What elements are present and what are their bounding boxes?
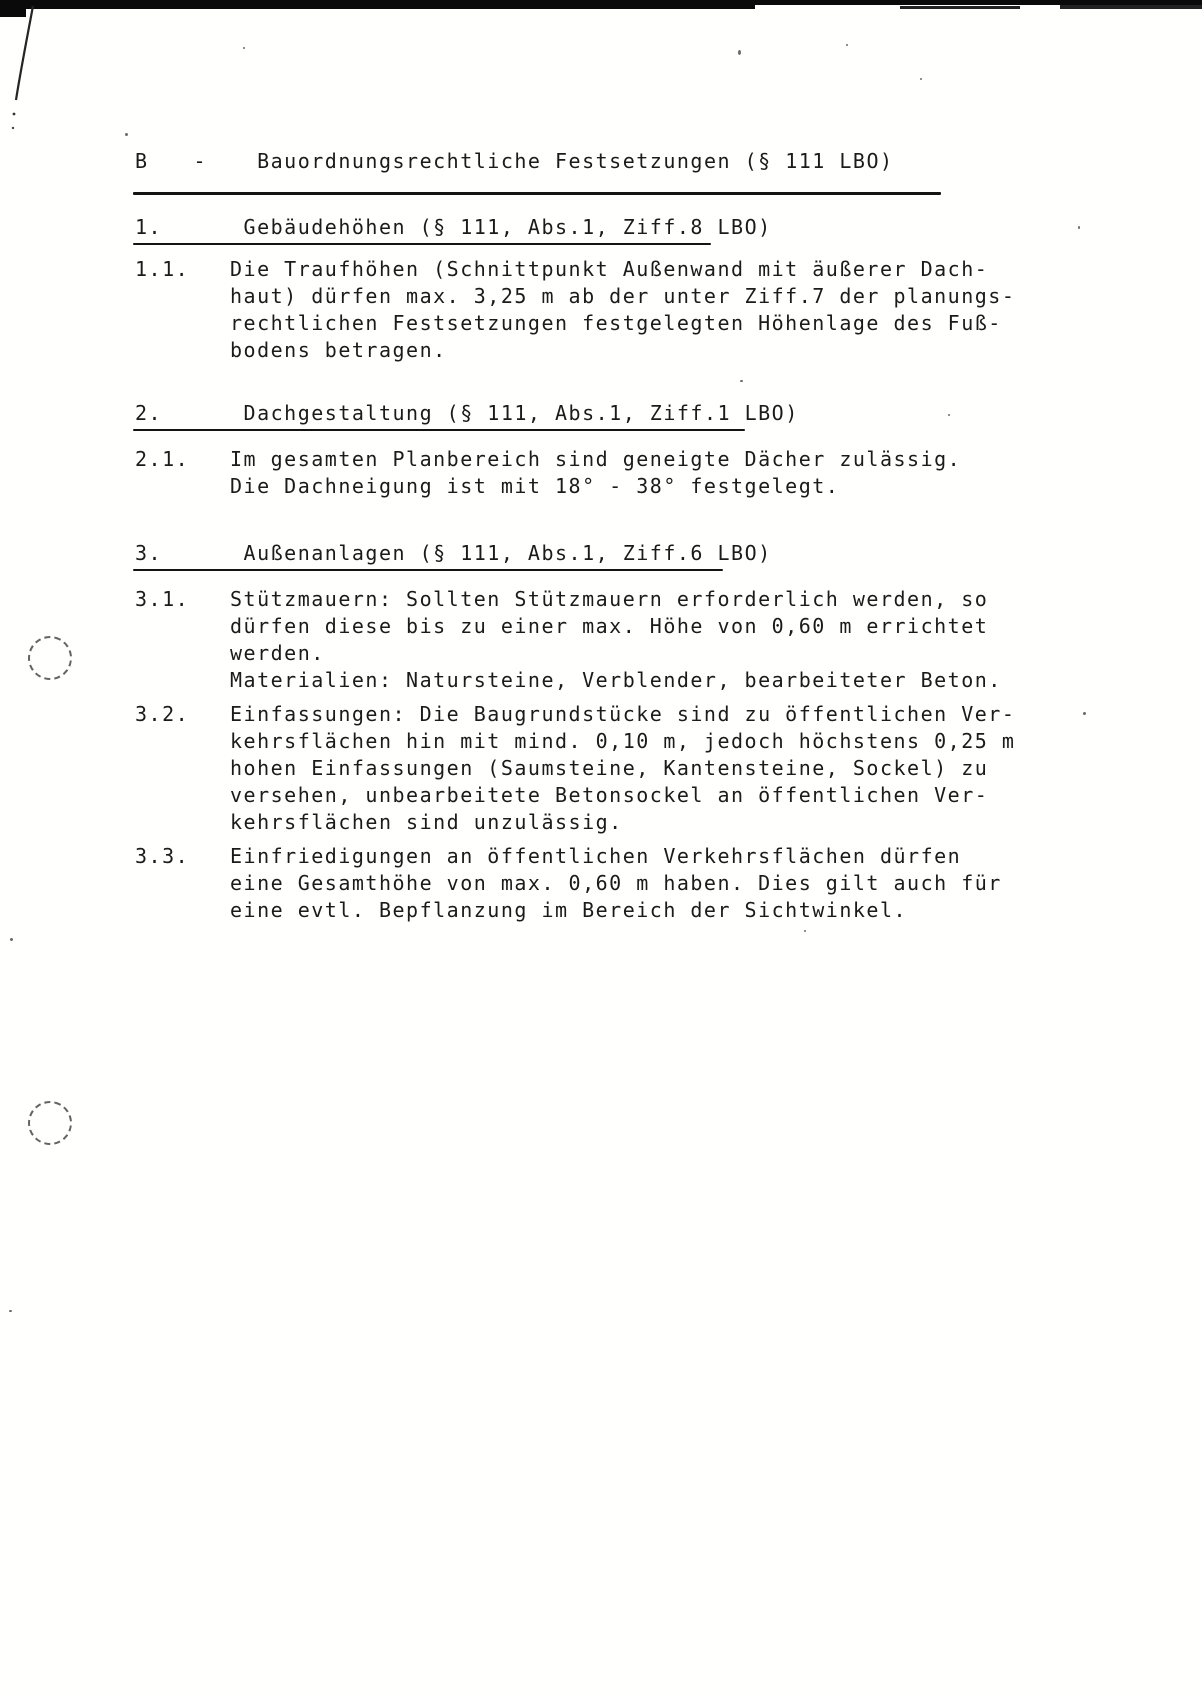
- speck: [1083, 712, 1086, 715]
- speck: [9, 1310, 12, 1312]
- scan-edge-bar-thick: [0, 0, 755, 9]
- page-title: Bauordnungsrechtliche Festsetzungen (§ 1…: [257, 149, 893, 173]
- paragraph-line: Die Dachneigung ist mit 18° - 38° festge…: [230, 473, 961, 500]
- paragraph-line: eine evtl. Bepflanzung im Bereich der Si…: [230, 897, 1002, 924]
- paragraph-number: 1.1.: [135, 256, 230, 283]
- section-number: 1.: [135, 214, 230, 241]
- speck: [1078, 226, 1080, 229]
- speck: [738, 50, 741, 55]
- section-heading-3: 3. Außenanlagen (§ 111, Abs.1, Ziff.6 LB…: [135, 540, 772, 567]
- paragraph-line: Stützmauern: Sollten Stützmauern erforde…: [230, 586, 1002, 613]
- speck: [125, 133, 128, 136]
- speck: [243, 47, 245, 49]
- section-underline-1: [133, 243, 711, 245]
- paragraph-line: dürfen diese bis zu einer max. Höhe von …: [230, 613, 1002, 640]
- speck: [948, 414, 950, 416]
- paragraph-1-1: 1.1. Die Traufhöhen (Schnittpunkt Außenw…: [135, 256, 1015, 364]
- paragraph-line: hohen Einfassungen (Saumsteine, Kantenst…: [230, 755, 1015, 782]
- section-number: 3.: [135, 540, 230, 567]
- section-heading-1: 1. Gebäudehöhen (§ 111, Abs.1, Ziff.8 LB…: [135, 214, 772, 241]
- scan-edge-fragment: [900, 6, 1020, 9]
- paragraph-number: 3.3.: [135, 843, 230, 870]
- paragraph-3-3: 3.3. Einfriedigungen an öffentlichen Ver…: [135, 843, 1002, 924]
- punch-hole-mark-top: [23, 631, 76, 684]
- paragraph-line: versehen, unbearbeitete Betonsockel an ö…: [230, 782, 1015, 809]
- section-title: Gebäudehöhen (§ 111, Abs.1, Ziff.8 LBO): [244, 215, 772, 239]
- paragraph-line: Einfassungen: Die Baugrundstücke sind zu…: [230, 701, 1015, 728]
- paragraph-line: eine Gesamthöhe von max. 0,60 m haben. D…: [230, 870, 1002, 897]
- section-underline-3: [133, 569, 723, 571]
- speck: [740, 380, 743, 382]
- paragraph-number: 3.2.: [135, 701, 230, 728]
- speck: [920, 78, 922, 80]
- scanned-document-page: B - Bauordnungsrechtliche Festsetzungen …: [0, 0, 1202, 1700]
- paragraph-line: kehrsflächen sind unzulässig.: [230, 809, 1015, 836]
- paragraph-line: werden.: [230, 640, 1002, 667]
- diagonal-scratch-mark: [0, 0, 70, 150]
- paragraph-line: kehrsflächen hin mit mind. 0,10 m, jedoc…: [230, 728, 1015, 755]
- paragraph-line: rechtlichen Festsetzungen festgelegten H…: [230, 310, 1015, 337]
- paragraph-number: 3.1.: [135, 586, 230, 613]
- section-title: Dachgestaltung (§ 111, Abs.1, Ziff.1 LBO…: [244, 401, 799, 425]
- header-underline: [133, 192, 941, 195]
- scan-edge-fragment: [1060, 5, 1202, 9]
- section-underline-2: [133, 429, 745, 431]
- punch-hole-mark-bottom: [23, 1096, 76, 1149]
- speck: [10, 938, 13, 941]
- paragraph-3-2: 3.2. Einfassungen: Die Baugrundstücke si…: [135, 701, 1015, 836]
- header-label: B: [135, 148, 180, 175]
- paragraph-line: Materialien: Natursteine, Verblender, be…: [230, 667, 1002, 694]
- section-heading-2: 2. Dachgestaltung (§ 111, Abs.1, Ziff.1 …: [135, 400, 799, 427]
- section-number: 2.: [135, 400, 230, 427]
- paragraph-2-1: 2.1. Im gesamten Planbereich sind geneig…: [135, 446, 961, 500]
- document-header: B - Bauordnungsrechtliche Festsetzungen …: [135, 148, 894, 175]
- section-title: Außenanlagen (§ 111, Abs.1, Ziff.6 LBO): [244, 541, 772, 565]
- speck: [804, 930, 806, 932]
- speck: [846, 44, 848, 46]
- paragraph-3-1: 3.1. Stützmauern: Sollten Stützmauern er…: [135, 586, 1002, 694]
- paragraph-line: bodens betragen.: [230, 337, 1015, 364]
- paragraph-line: Im gesamten Planbereich sind geneigte Dä…: [230, 446, 961, 473]
- paragraph-line: Die Traufhöhen (Schnittpunkt Außenwand m…: [230, 256, 1015, 283]
- header-dash: -: [194, 148, 244, 175]
- paragraph-line: haut) dürfen max. 3,25 m ab der unter Zi…: [230, 283, 1015, 310]
- paragraph-line: Einfriedigungen an öffentlichen Verkehrs…: [230, 843, 1002, 870]
- paragraph-number: 2.1.: [135, 446, 230, 473]
